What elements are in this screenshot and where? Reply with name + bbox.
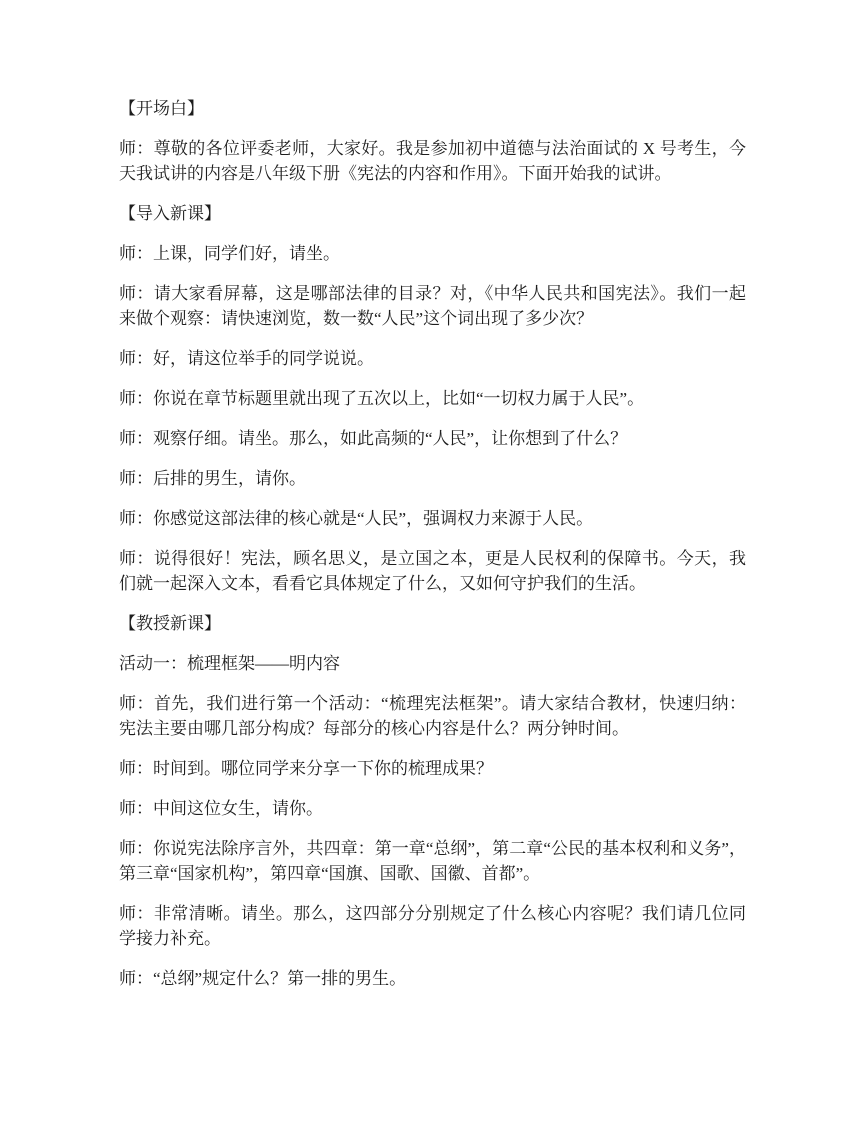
paragraph: 师：你说在章节标题里就出现了五次以上，比如“一切权力属于人民”。 [119, 386, 746, 411]
paragraph: 师：说得很好！宪法，顾名思义，是立国之本，更是人民权利的保障书。今天，我们就一起… [119, 546, 746, 596]
paragraph: 师：非常清晰。请坐。那么，这四部分分别规定了什么核心内容呢？我们请几位同学接力补… [119, 901, 746, 951]
paragraph: 师：“总纲”规定什么？第一排的男生。 [119, 966, 746, 991]
paragraph: 师：中间这位女生，请你。 [119, 796, 746, 821]
paragraph: 师：请大家看屏幕，这是哪部法律的目录？对，《中华人民共和国宪法》。我们一起来做个… [119, 281, 746, 331]
paragraph: 师：后排的男生，请你。 [119, 466, 746, 491]
paragraph: 师：首先，我们进行第一个活动：“梳理宪法框架”。请大家结合教材，快速归纳：宪法主… [119, 691, 746, 741]
document-page: 【开场白】师：尊敬的各位评委老师，大家好。我是参加初中道德与法治面试的 X 号考… [0, 0, 866, 1122]
paragraph: 师：时间到。哪位同学来分享一下你的梳理成果？ [119, 756, 746, 781]
section-heading: 【开场白】 [119, 96, 746, 121]
paragraph: 师：你说宪法除序言外，共四章：第一章“总纲”，第二章“公民的基本权利和义务”，第… [119, 836, 746, 886]
paragraph: 师：上课，同学们好，请坐。 [119, 241, 746, 266]
document-body: 【开场白】师：尊敬的各位评委老师，大家好。我是参加初中道德与法治面试的 X 号考… [119, 96, 746, 991]
paragraph: 师：尊敬的各位评委老师，大家好。我是参加初中道德与法治面试的 X 号考生，今天我… [119, 136, 746, 186]
activity-heading: 活动一：梳理框架——明内容 [119, 651, 746, 676]
section-heading: 【教授新课】 [119, 611, 746, 636]
section-heading: 【导入新课】 [119, 201, 746, 226]
paragraph: 师：好，请这位举手的同学说说。 [119, 346, 746, 371]
paragraph: 师：观察仔细。请坐。那么，如此高频的“人民”，让你想到了什么？ [119, 426, 746, 451]
paragraph: 师：你感觉这部法律的核心就是“人民”，强调权力来源于人民。 [119, 506, 746, 531]
